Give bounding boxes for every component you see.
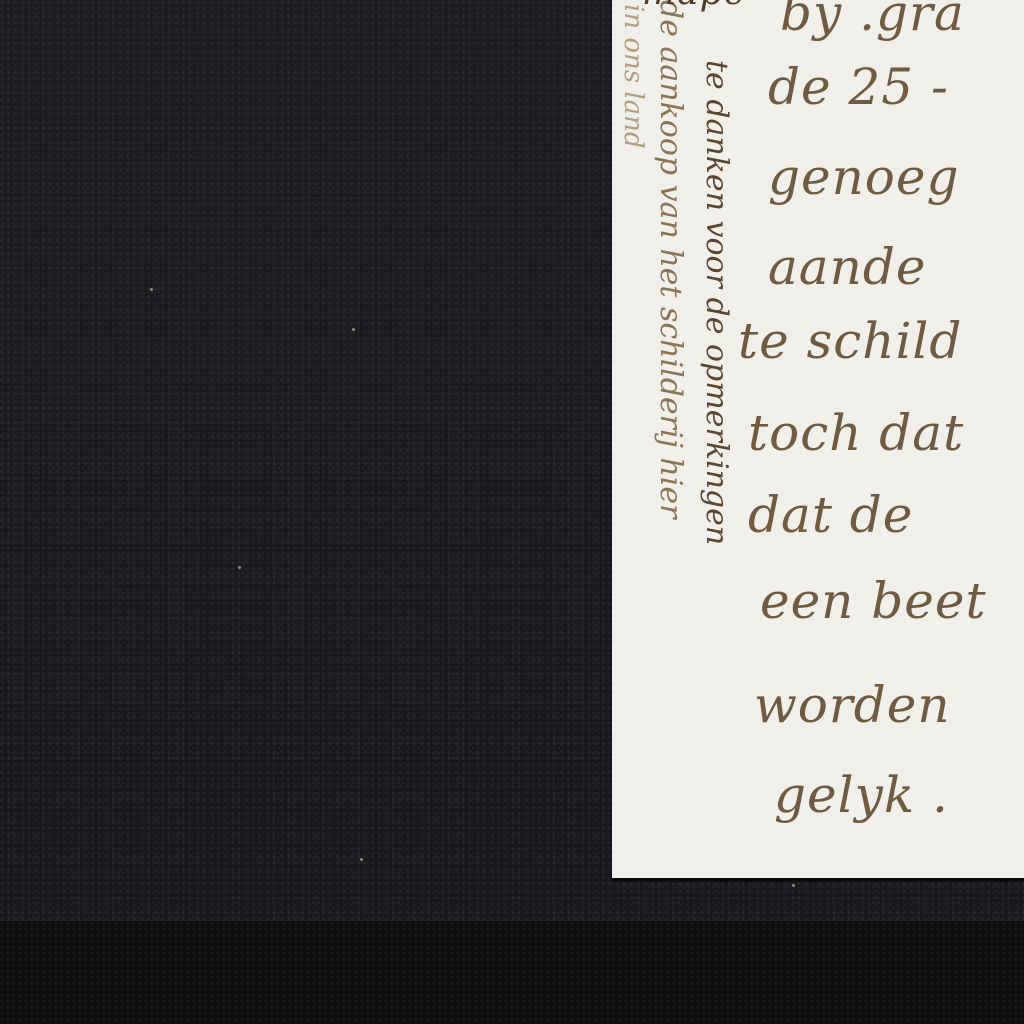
- card-shadow: [612, 878, 1024, 882]
- letter-line: worden: [754, 676, 951, 734]
- letter-line: een beet: [760, 572, 987, 630]
- margin-note: te danken voor de opmerkingen: [699, 60, 734, 545]
- letter-line: dat de: [748, 486, 913, 544]
- letter-line: genoeg: [768, 148, 960, 206]
- felt-lower-band: [0, 920, 1024, 1024]
- dust-speck: [352, 328, 355, 331]
- margin-heading: mape: [642, 0, 746, 13]
- letter-card: by .gra de 25 - genoeg aande te schild t…: [612, 0, 1024, 878]
- letter-line: gelyk .: [774, 766, 949, 824]
- margin-note: in ons land: [618, 4, 648, 149]
- dust-speck: [238, 566, 241, 569]
- letter-line: toch dat: [748, 404, 964, 462]
- letter-line: de 25 -: [768, 58, 949, 116]
- margin-note: de aankoop van het schilderij hier: [653, 0, 688, 518]
- letter-line: aande: [768, 238, 926, 296]
- letter-line: te schild: [738, 312, 962, 370]
- dust-speck: [150, 288, 153, 291]
- letter-line: by .gra: [780, 0, 965, 42]
- dust-speck: [792, 884, 795, 887]
- dust-speck: [360, 858, 363, 861]
